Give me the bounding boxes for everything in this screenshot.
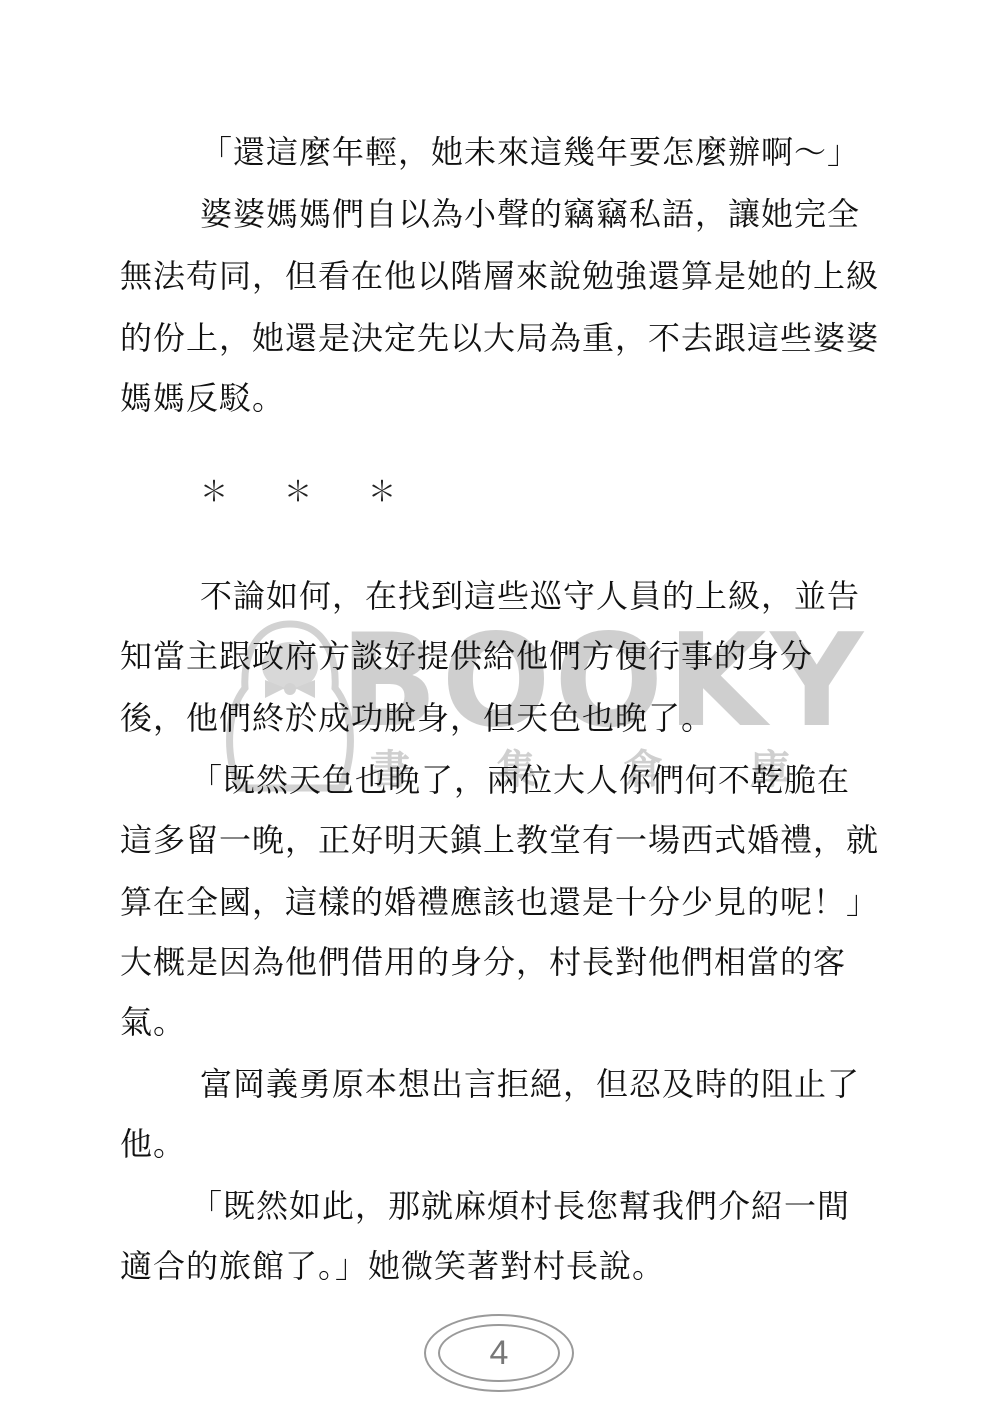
section-break: ＊＊＊ bbox=[200, 470, 452, 510]
text-line: 的份上，她還是決定先以大局為重，不去跟這些婆婆 bbox=[120, 318, 890, 358]
text-line: 富岡義勇原本想出言拒絕，但忍及時的阻止了 bbox=[200, 1064, 970, 1104]
page-number: 4 bbox=[438, 1324, 560, 1382]
text-line: 「既然如此，那就麻煩村長您幫我們介紹一間 bbox=[190, 1186, 960, 1226]
text-line: 「還這麼年輕，她未來這幾年要怎麼辦啊～」 bbox=[200, 132, 970, 172]
text-line: 媽媽反駁。 bbox=[120, 378, 890, 418]
text-line: 他。 bbox=[120, 1124, 890, 1164]
section-break-star: ＊ bbox=[368, 470, 452, 510]
text-line: 無法苟同，但看在他以階層來說勉強還算是她的上級 bbox=[120, 256, 890, 296]
text-line: 算在全國，這樣的婚禮應該也還是十分少見的呢！」 bbox=[120, 882, 890, 922]
section-break-star: ＊ bbox=[284, 470, 368, 510]
document-page: BOOKY 書 集 倉 庫 「還這麼年輕，她未來這幾年要怎麼辦啊～」 婆婆媽媽們… bbox=[0, 0, 1000, 1409]
text-line: 後，他們終於成功脫身，但天色也晚了。 bbox=[120, 698, 890, 738]
text-line: 氣。 bbox=[120, 1002, 890, 1042]
page-number-badge: 4 bbox=[424, 1314, 574, 1392]
text-line: 適合的旅館了。」她微笑著對村長說。 bbox=[120, 1246, 890, 1286]
text-line: 婆婆媽媽們自以為小聲的竊竊私語，讓她完全 bbox=[200, 194, 970, 234]
text-line: 大概是因為他們借用的身分，村長對他們相當的客 bbox=[120, 942, 890, 982]
text-line: 不論如何，在找到這些巡守人員的上級，並告 bbox=[200, 576, 970, 616]
text-line: 這多留一晚，正好明天鎮上教堂有一場西式婚禮，就 bbox=[120, 820, 890, 860]
text-line: 知當主跟政府方談好提供給他們方便行事的身分 bbox=[120, 636, 890, 676]
text-line: 「既然天色也晚了，兩位大人你們何不乾脆在 bbox=[190, 760, 960, 800]
body-text: 「還這麼年輕，她未來這幾年要怎麼辦啊～」 婆婆媽媽們自以為小聲的竊竊私語，讓她完… bbox=[0, 0, 1000, 1409]
section-break-star: ＊ bbox=[200, 470, 284, 510]
